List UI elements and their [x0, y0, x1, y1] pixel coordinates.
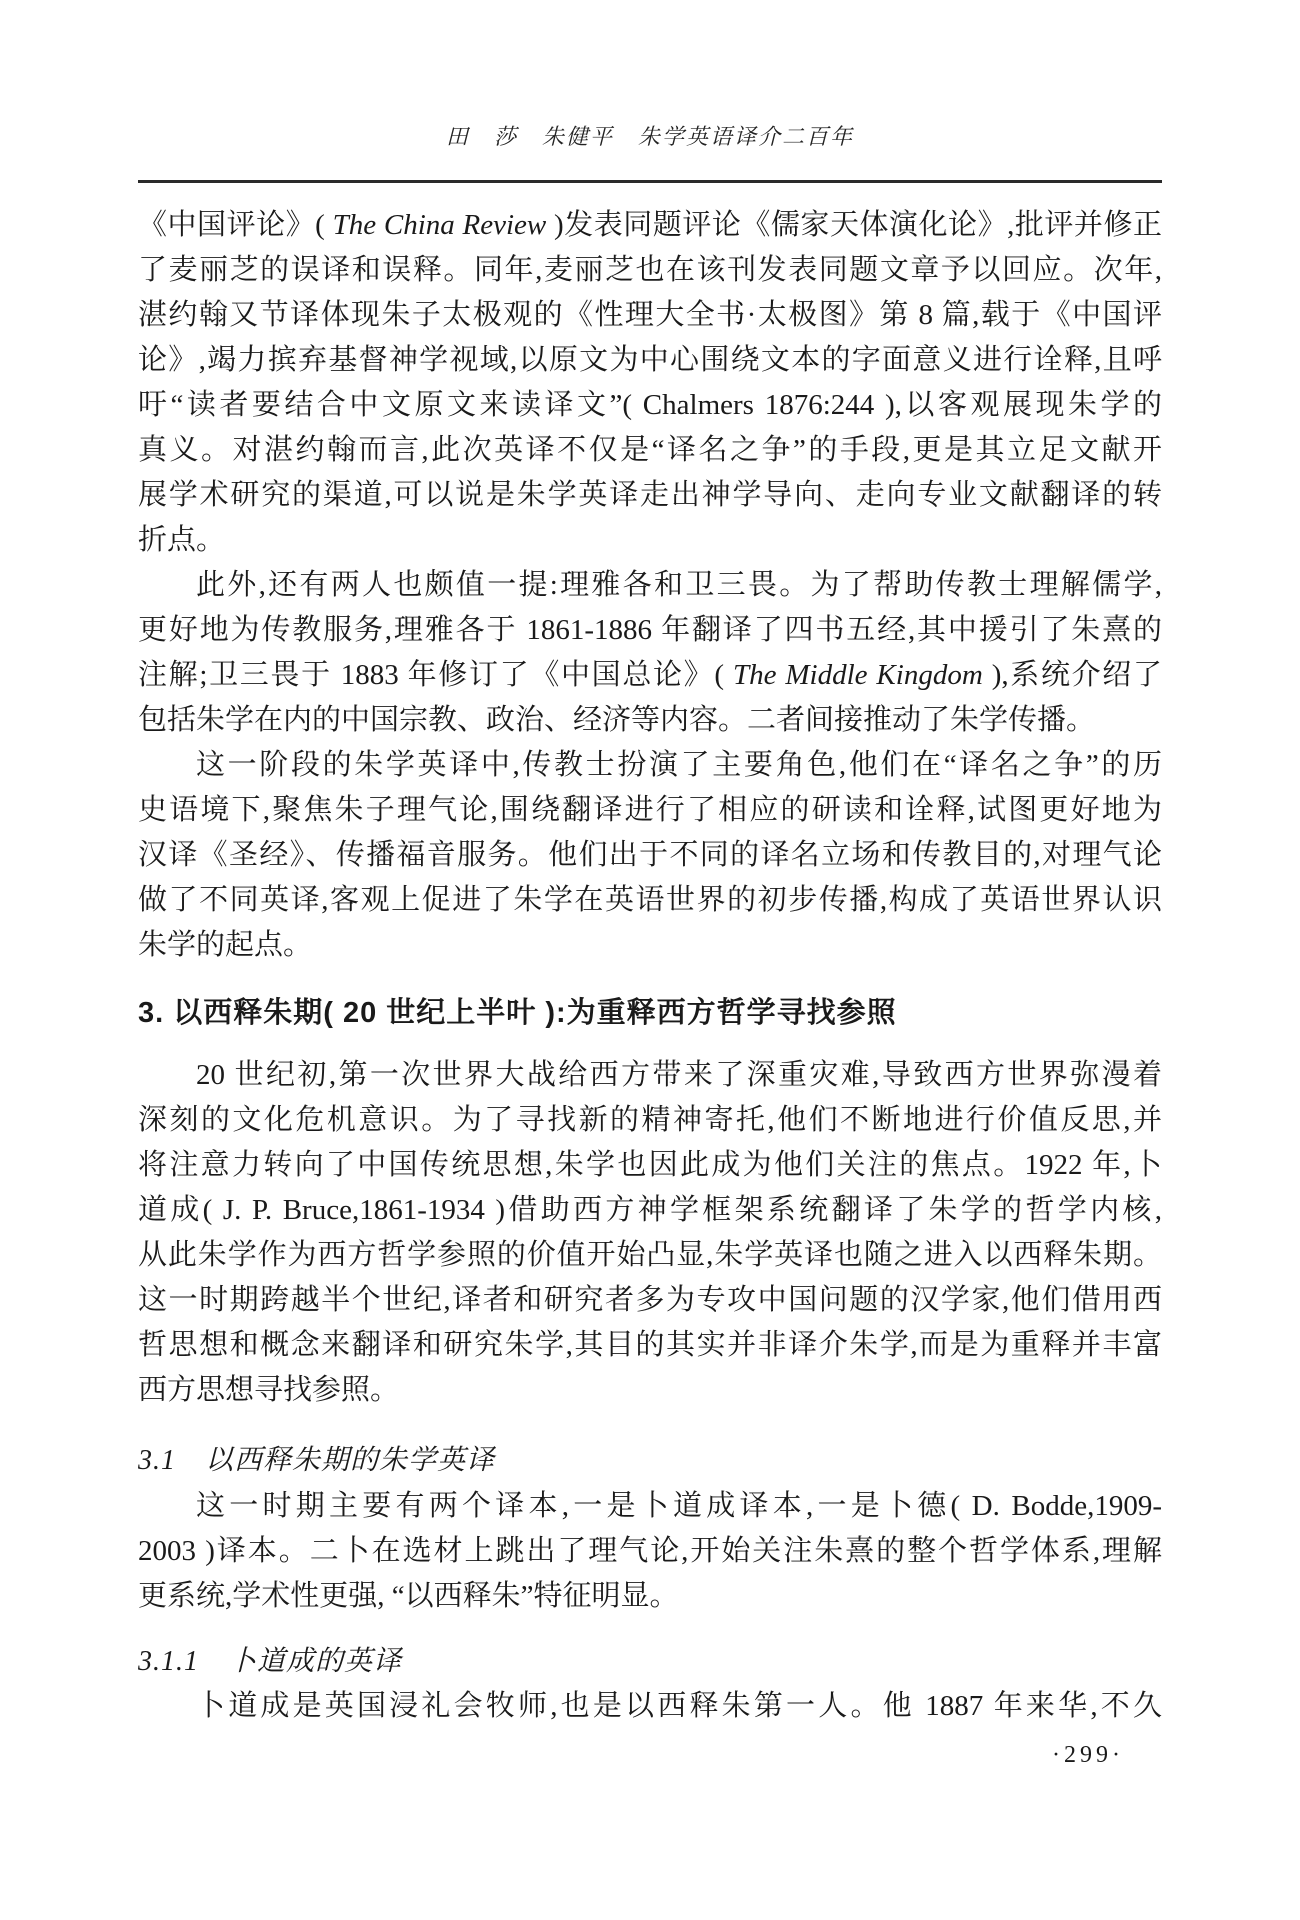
text-line: 此外,还有两人也颇值一提:理雅各和卫三畏。为了帮助传教士理解儒学, [138, 563, 1162, 608]
paragraph: 这一阶段的朱学英译中,传教士扮演了主要角色,他们在“译名之争”的历史语境下,聚焦… [138, 743, 1162, 968]
paragraph: 《中国评论》( The China Review )发表同题评论《儒家天体演化论… [138, 203, 1162, 563]
text-line: 做了不同英译,客观上促进了朱学在英语世界的初步传播,构成了英语世界认识 [138, 878, 1162, 923]
text-line: 更系统,学术性更强, “以西释朱”特征明显。 [138, 1574, 1162, 1619]
text-line: 湛约翰又节译体现朱子太极观的《性理大全书·太极图》第 8 篇,载于《中国评 [138, 293, 1162, 338]
text-line: 2003 )译本。二卜在选材上跳出了理气论,开始关注朱熹的整个哲学体系,理解 [138, 1529, 1162, 1574]
text-line: 西方思想寻找参照。 [138, 1368, 1162, 1413]
text-line: 更好地为传教服务,理雅各于 1861-1886 年翻译了四书五经,其中援引了朱熹… [138, 608, 1162, 653]
section-heading-3-1-1: 3.1.1 卜道成的英译 [138, 1639, 1162, 1684]
text-line: 朱学的起点。 [138, 923, 1162, 968]
running-header: 田 莎 朱健平 朱学英语译介二百年 [138, 0, 1162, 152]
paragraph: 卜道成是英国浸礼会牧师,也是以西释朱第一人。他 1887 年来华,不久 [138, 1684, 1162, 1729]
text-line: 展学术研究的渠道,可以说是朱学英译走出神学导向、走向专业文献翻译的转 [138, 473, 1162, 518]
section-heading-3: 3. 以西释朱期( 20 世纪上半叶 ):为重释西方哲学寻找参照 [138, 991, 1162, 1036]
text-line: 哲思想和概念来翻译和研究朱学,其目的其实并非译介朱学,而是为重释并丰富 [138, 1323, 1162, 1368]
text-line: 20 世纪初,第一次世界大战给西方带来了深重灾难,导致西方世界弥漫着 [138, 1053, 1162, 1098]
text-line: 了麦丽芝的误译和误释。同年,麦丽芝也在该刊发表同题文章予以回应。次年, [138, 248, 1162, 293]
paragraph: 这一时期主要有两个译本,一是卜道成译本,一是卜德( D. Bodde,1909-… [138, 1484, 1162, 1619]
text-line: 深刻的文化危机意识。为了寻找新的精神寄托,他们不断地进行价值反思,并 [138, 1098, 1162, 1143]
section-heading-3-1: 3.1 以西释朱期的朱学英译 [138, 1438, 1162, 1483]
text-line: 这一时期跨越半个世纪,译者和研究者多为专攻中国问题的汉学家,他们借用西 [138, 1278, 1162, 1323]
italic-title: The Middle Kingdom [733, 659, 983, 691]
text-line: 吁“读者要结合中文原文来读译文”( Chalmers 1876:244 ),以客… [138, 383, 1162, 428]
text-line: 这一时期主要有两个译本,一是卜道成译本,一是卜德( D. Bodde,1909- [138, 1484, 1162, 1529]
text-line: 包括朱学在内的中国宗教、政治、经济等内容。二者间接推动了朱学传播。 [138, 698, 1162, 743]
text-line: 注解;卫三畏于 1883 年修订了《中国总论》( The Middle King… [138, 653, 1162, 698]
page-number: ·299· [138, 1742, 1162, 1769]
text-line: 真义。对湛约翰而言,此次英译不仅是“译名之争”的手段,更是其立足文献开 [138, 428, 1162, 473]
text-line: 史语境下,聚焦朱子理气论,围绕翻译进行了相应的研读和诠释,试图更好地为 [138, 788, 1162, 833]
text-line: 汉译《圣经》、传播福音服务。他们出于不同的译名立场和传教目的,对理气论 [138, 833, 1162, 878]
paragraph: 此外,还有两人也颇值一提:理雅各和卫三畏。为了帮助传教士理解儒学,更好地为传教服… [138, 563, 1162, 743]
journal-page: 田 莎 朱健平 朱学英语译介二百年 《中国评论》( The China Revi… [0, 0, 1300, 1920]
italic-title: The China Review [333, 209, 547, 241]
text-line: 将注意力转向了中国传统思想,朱学也因此成为他们关注的焦点。1922 年,卜 [138, 1143, 1162, 1188]
text-line: 道成( J. P. Bruce,1861-1934 )借助西方神学框架系统翻译了… [138, 1188, 1162, 1233]
paragraph: 20 世纪初,第一次世界大战给西方带来了深重灾难,导致西方世界弥漫着深刻的文化危… [138, 1053, 1162, 1413]
text-line: 折点。 [138, 518, 1162, 563]
text-line: 这一阶段的朱学英译中,传教士扮演了主要角色,他们在“译名之争”的历 [138, 743, 1162, 788]
header-rule [138, 180, 1162, 183]
page-content: 田 莎 朱健平 朱学英语译介二百年 《中国评论》( The China Revi… [138, 0, 1162, 1769]
text-line: 从此朱学作为西方哲学参照的价值开始凸显,朱学英译也随之进入以西释朱期。 [138, 1233, 1162, 1278]
text-line: 论》,竭力摈弃基督神学视域,以原文为中心围绕文本的字面意义进行诠释,且呼 [138, 338, 1162, 383]
text-line: 卜道成是英国浸礼会牧师,也是以西释朱第一人。他 1887 年来华,不久 [138, 1684, 1162, 1729]
article-body: 《中国评论》( The China Review )发表同题评论《儒家天体演化论… [138, 203, 1162, 1729]
text-line: 《中国评论》( The China Review )发表同题评论《儒家天体演化论… [138, 203, 1162, 248]
